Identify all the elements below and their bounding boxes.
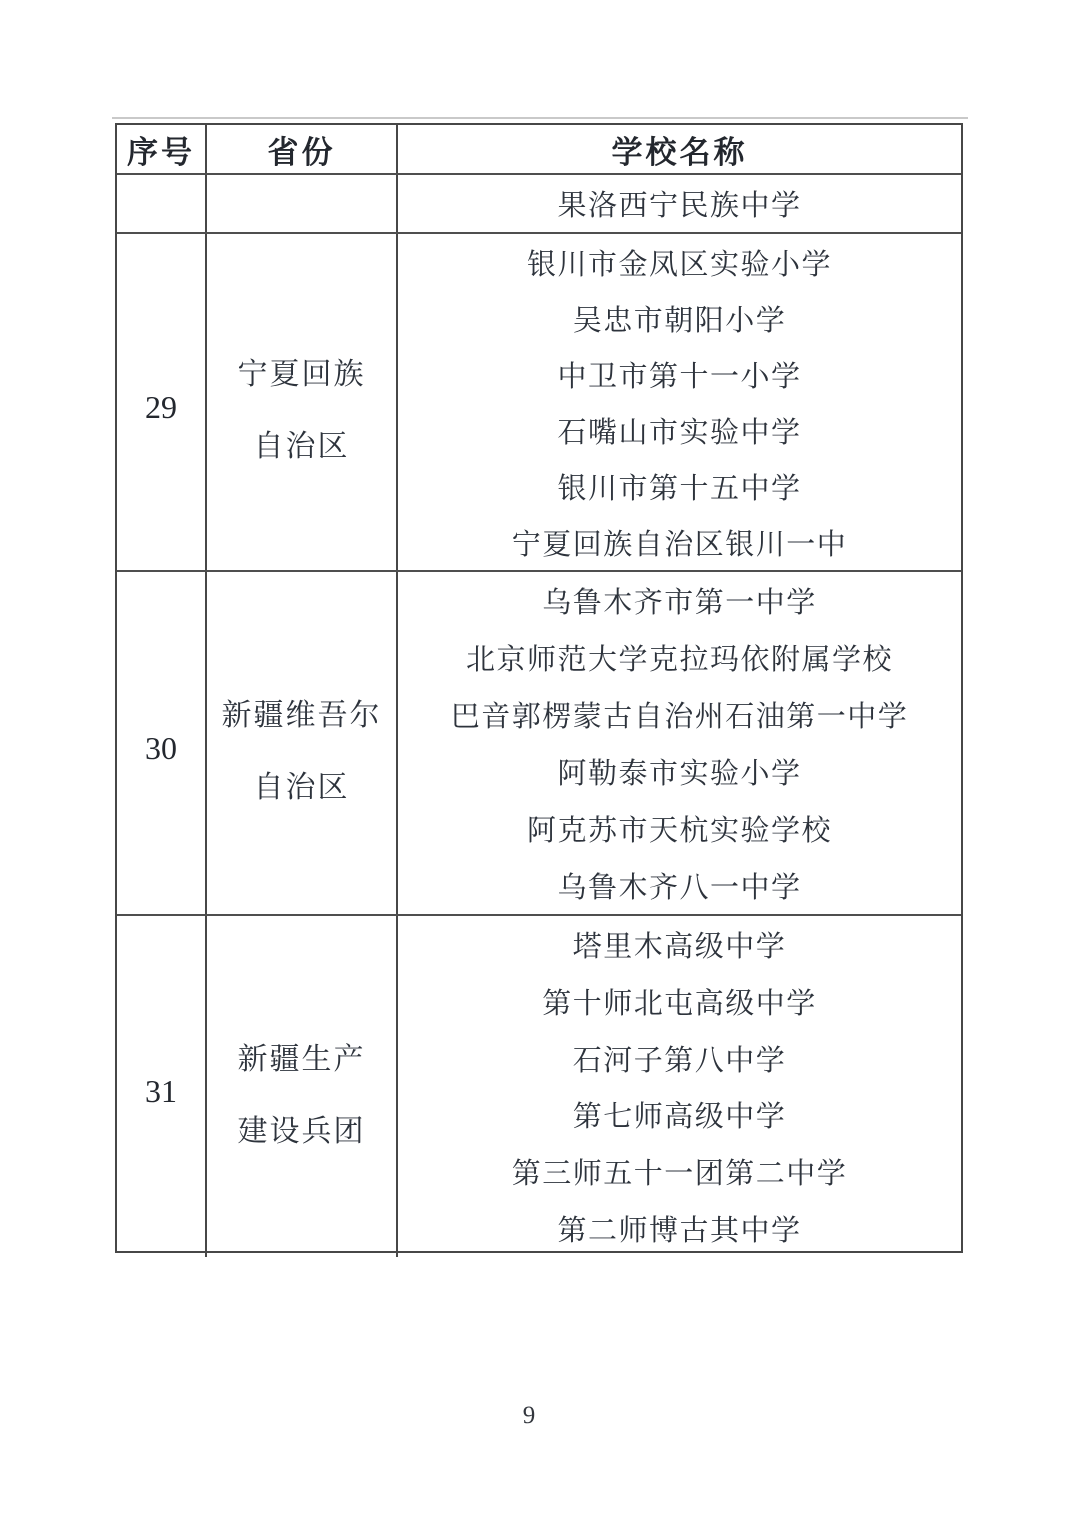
province-line: 宁夏回族 bbox=[238, 349, 366, 393]
school-name: 中卫市第十一小学 bbox=[398, 346, 961, 402]
serial-number: 30 bbox=[117, 572, 207, 914]
schools-list: 塔里木高级中学 第十师北屯高级中学 石河子第八中学 第七师高级中学 第三师五十一… bbox=[398, 916, 961, 1257]
school-name: 第十师北屯高级中学 bbox=[398, 973, 961, 1030]
school-name: 宁夏回族自治区银川一中 bbox=[398, 514, 961, 570]
serial-number: 29 bbox=[117, 234, 207, 570]
header-school-name: 学校名称 bbox=[398, 125, 961, 173]
school-name: 乌鲁木齐市第一中学 bbox=[398, 572, 961, 629]
schools-list: 银川市金凤区实验小学 吴忠市朝阳小学 中卫市第十一小学 石嘴山市实验中学 银川市… bbox=[398, 234, 961, 570]
province-cell-empty bbox=[207, 175, 398, 232]
school-name: 阿克苏市天杭实验学校 bbox=[398, 800, 961, 857]
province-line: 新疆生产 bbox=[238, 1034, 366, 1078]
school-name: 第三师五十一团第二中学 bbox=[398, 1143, 961, 1200]
province-line: 新疆维吾尔 bbox=[222, 690, 382, 734]
schools-list: 乌鲁木齐市第一中学 北京师范大学克拉玛依附属学校 巴音郭楞蒙古自治州石油第一中学… bbox=[398, 572, 961, 914]
school-name: 第七师高级中学 bbox=[398, 1086, 961, 1143]
school-name: 塔里木高级中学 bbox=[398, 916, 961, 973]
schools-table: 序号 省份 学校名称 果洛西宁民族中学 29 宁夏回族 自治区 银川市金凤区实验… bbox=[115, 123, 963, 1253]
school-name: 阿勒泰市实验小学 bbox=[398, 743, 961, 800]
province-name: 新疆生产 建设兵团 bbox=[207, 916, 398, 1257]
serial-cell-empty bbox=[117, 175, 207, 232]
province-name: 宁夏回族 自治区 bbox=[207, 234, 398, 570]
school-name: 吴忠市朝阳小学 bbox=[398, 290, 961, 346]
school-name: 石河子第八中学 bbox=[398, 1030, 961, 1087]
province-line: 自治区 bbox=[254, 421, 350, 465]
school-name: 巴音郭楞蒙古自治州石油第一中学 bbox=[398, 686, 961, 743]
school-name: 乌鲁木齐八一中学 bbox=[398, 857, 961, 914]
school-name: 银川市金凤区实验小学 bbox=[398, 234, 961, 290]
scan-artifact-line bbox=[112, 117, 968, 119]
table-row-group-30: 30 新疆维吾尔 自治区 乌鲁木齐市第一中学 北京师范大学克拉玛依附属学校 巴音… bbox=[117, 572, 961, 916]
header-serial-number: 序号 bbox=[117, 125, 207, 173]
header-province: 省份 bbox=[207, 125, 398, 173]
table-row-group-29: 29 宁夏回族 自治区 银川市金凤区实验小学 吴忠市朝阳小学 中卫市第十一小学 … bbox=[117, 234, 961, 572]
serial-number: 31 bbox=[117, 916, 207, 1257]
table-row-group-31: 31 新疆生产 建设兵团 塔里木高级中学 第十师北屯高级中学 石河子第八中学 第… bbox=[117, 916, 961, 1257]
province-line: 建设兵团 bbox=[238, 1106, 366, 1150]
school-name: 北京师范大学克拉玛依附属学校 bbox=[398, 629, 961, 686]
page-number: 9 bbox=[0, 1402, 1080, 1430]
table-row-carryover: 果洛西宁民族中学 bbox=[117, 175, 961, 234]
table-header-row: 序号 省份 学校名称 bbox=[117, 125, 961, 175]
school-name: 果洛西宁民族中学 bbox=[398, 175, 961, 232]
province-name: 新疆维吾尔 自治区 bbox=[207, 572, 398, 914]
school-name: 银川市第十五中学 bbox=[398, 458, 961, 514]
school-name: 第二师博古其中学 bbox=[398, 1200, 961, 1257]
province-line: 自治区 bbox=[254, 762, 350, 806]
school-name: 石嘴山市实验中学 bbox=[398, 402, 961, 458]
